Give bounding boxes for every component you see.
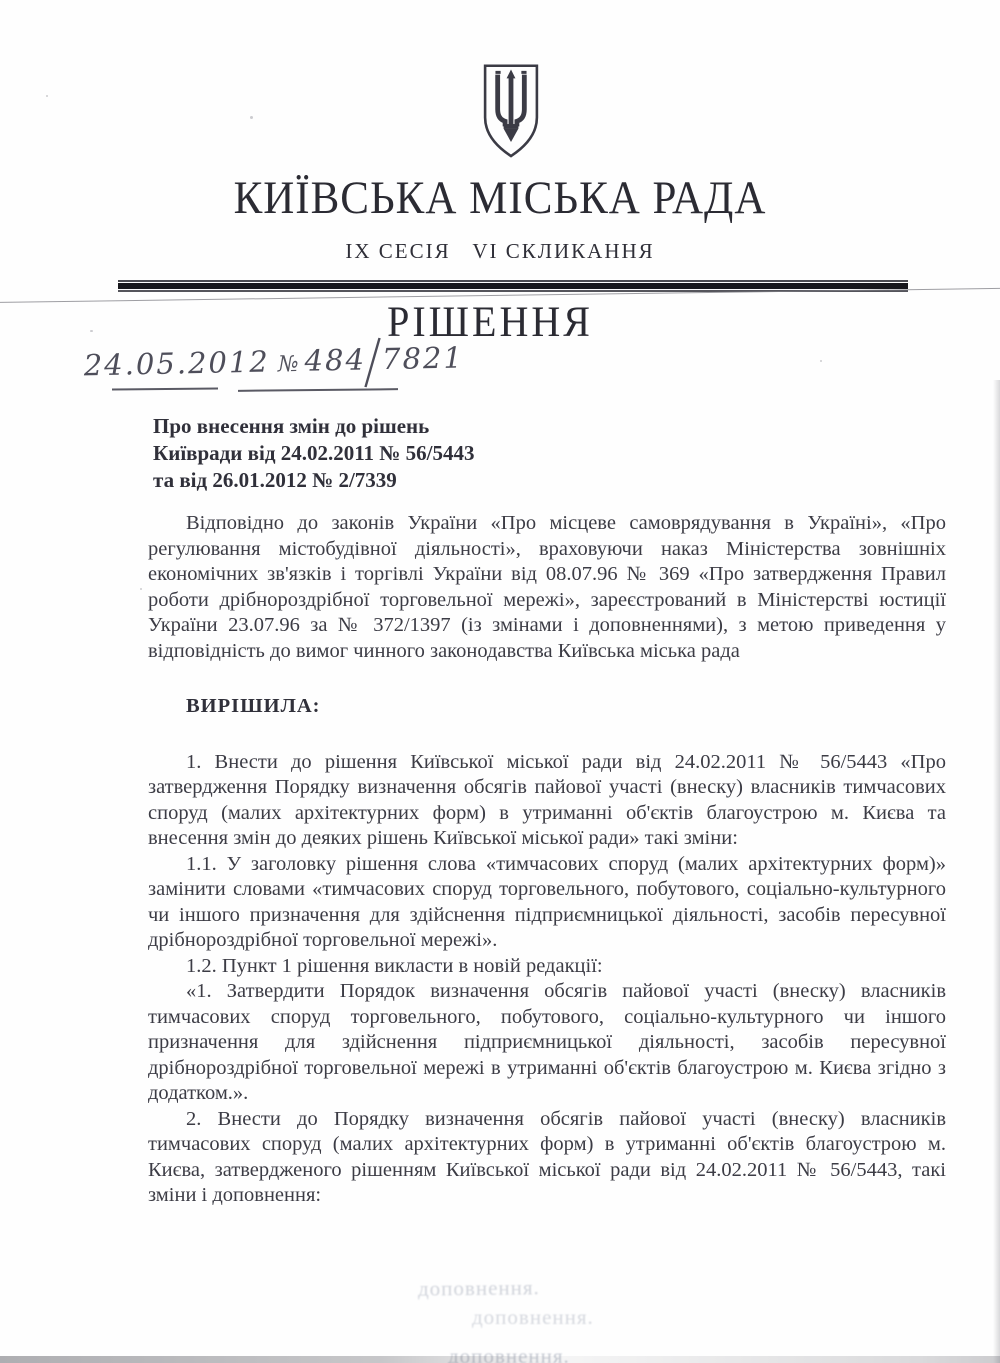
handwritten-number-second: 7821 [382, 340, 465, 376]
handwritten-date-number: 24.05.2012№484/7821 [83, 340, 504, 409]
subject-block: Про внесення змін до рішень Київради від… [153, 413, 713, 494]
item-1-2-paragraph: 1.2. Пункт 1 рішення викласти в новій ре… [148, 954, 946, 980]
handwritten-number-first: 484 [304, 342, 366, 377]
session-line: IX СЕСІЯ VI СКЛИКАННЯ [0, 239, 1000, 264]
item-2-paragraph: 2. Внести до Порядку визначення обсягів … [148, 1107, 946, 1209]
subject-line: Про внесення змін до рішень [153, 413, 713, 440]
item-1-paragraph: 1. Внести до рішення Київської міської р… [148, 750, 946, 852]
org-name: КИЇВСЬКА МІСЬКА РАДА [0, 172, 1000, 226]
handwritten-date: 24.05.2012 [83, 345, 270, 383]
item-1-1-paragraph: 1.1. У заголовку рішення слова «тимчасов… [148, 852, 946, 954]
resolved-heading: ВИРІШИЛА: [148, 694, 946, 720]
scan-speck [46, 95, 48, 97]
intro-paragraph: Відповідно до законів України «Про місце… [148, 511, 946, 664]
numero-sign: № [270, 352, 305, 378]
subject-line: Київради від 24.02.2011 № 56/5443 [153, 440, 713, 467]
scan-speck [140, 588, 142, 590]
document-body: Відповідно до законів України «Про місце… [148, 511, 946, 1209]
scan-edge-shadow-right [993, 380, 1000, 1363]
scanned-document-page: КИЇВСЬКА МІСЬКА РАДА IX СЕСІЯ VI СКЛИКАН… [0, 0, 1000, 1363]
trident-coat-of-arms-icon [474, 62, 548, 162]
scan-speck [250, 116, 253, 119]
ghost-bleed-text: доповнення. [418, 1275, 540, 1301]
ghost-bleed-text: доповнення. [472, 1305, 594, 1330]
scan-speck [820, 360, 822, 362]
item-1-2-quote-paragraph: «1. Затвердити Порядок визначення обсягі… [148, 979, 946, 1107]
scan-speck [90, 330, 93, 332]
scan-edge-shadow-bottom [0, 1356, 1000, 1363]
subject-line: та від 26.01.2012 № 2/7339 [153, 467, 713, 494]
